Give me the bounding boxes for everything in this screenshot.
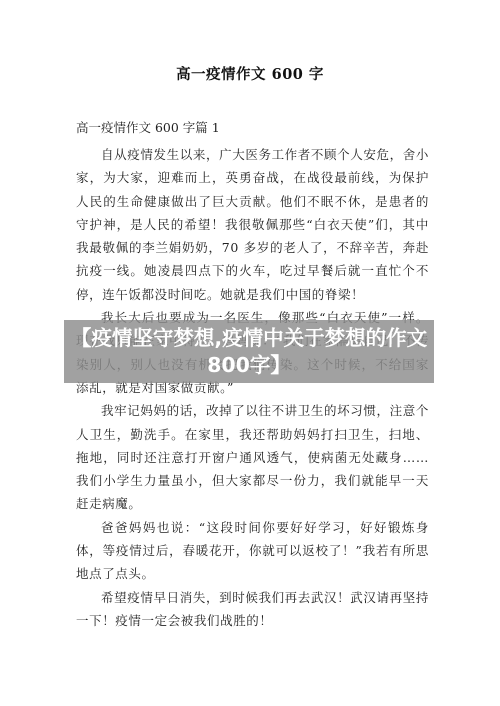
title-overlay-banner: 【疫情坚守梦想,疫情中关于梦想的作文800字】 (64, 320, 434, 383)
document-body: 自从疫情发生以来，广大医务工作者不顾个人安危，舍小家，为大家，迎难而上，英勇奋战… (76, 143, 429, 632)
document-title: 高一疫情作文 600 字 (0, 63, 500, 84)
paragraph: 希望疫情早日消失，到时候我们再去武汉！武汉请再坚持一下！疫情一定会被我们战胜的！ (76, 586, 429, 633)
paragraph: 我牢记妈妈的话，改掉了以往不讲卫生的坏习惯，注意个人卫生，勤洗手。在家里，我还帮… (76, 399, 429, 515)
paragraph: 爸爸妈妈也说：“这段时间你要好好学习，好好锻炼身体，等疫情过后，春暖花开，你就可… (76, 516, 429, 586)
document-subtitle: 高一疫情作文 600 字篇 1 (76, 118, 220, 136)
banner-title: 【疫情坚守梦想,疫情中关于梦想的作文800字】 (64, 325, 434, 379)
paragraph: 自从疫情发生以来，广大医务工作者不顾个人安危，舍小家，为大家，迎难而上，英勇奋战… (76, 143, 429, 306)
